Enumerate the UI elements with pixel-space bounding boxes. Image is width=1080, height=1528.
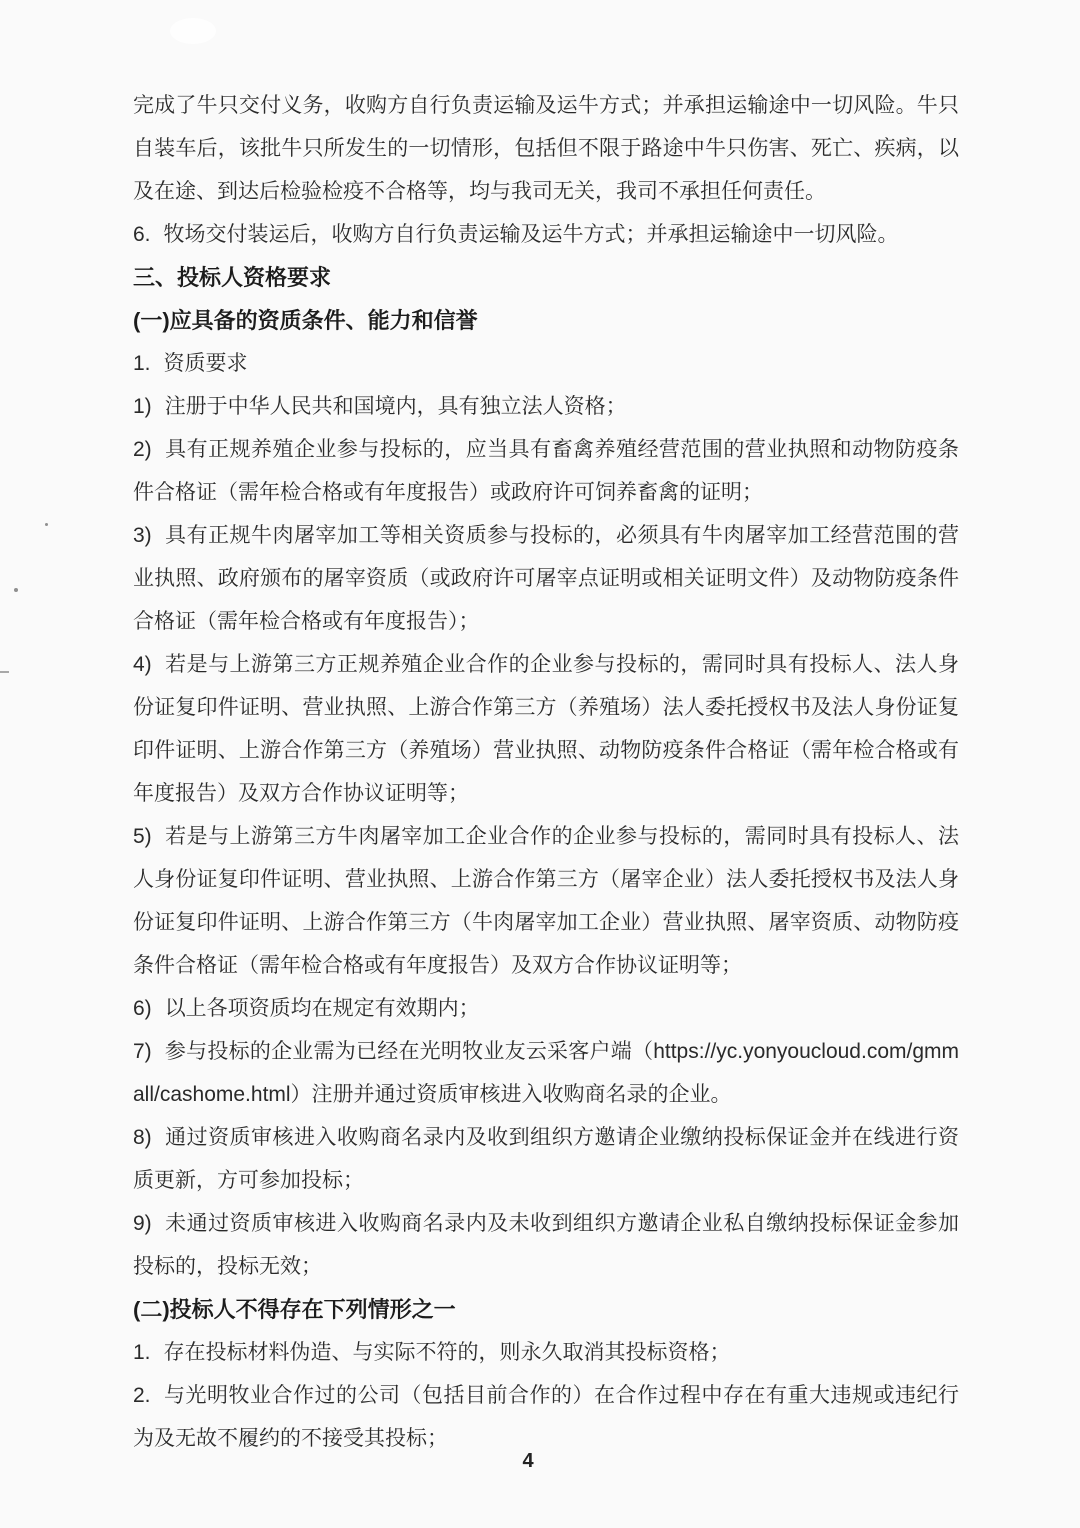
page-number: 4 [0,1450,1056,1473]
document-body: 完成了牛只交付义务，收购方自行负责运输及运牛方式；并承担运输途中一切风险。牛只自… [133,84,959,1460]
paragraph-text: 具有正规养殖企业参与投标的，应当具有畜禽养殖经营范围的营业执照和动物防疫条件合格… [133,438,959,504]
heading-text: 投标人资格要求 [177,265,331,290]
list-item-4-upstream-breeding-partner: 4)若是与上游第三方正规养殖企业合作的企业参与投标的，需同时具有投标人、法人身份… [133,643,959,815]
list-item-7-client-registration: 7)参与投标的企业需为已经在光明牧业友云采客户端（https://yc.yony… [133,1030,959,1116]
paragraph-text: 牧场交付装运后，收购方自行负责运输及运牛方式；并承担运输途中一切风险。 [164,223,899,246]
list-item-6-farm-delivery: 6.牧场交付装运后，收购方自行负责运输及运牛方式；并承担运输途中一切风险。 [133,213,959,256]
paragraph-text: 若是与上游第三方正规养殖企业合作的企业参与投标的，需同时具有投标人、法人身份证复… [133,653,959,805]
list-item-1-registered-entity: 1)注册于中华人民共和国境内，具有独立法人资格； [133,385,959,428]
list-number: 3) [133,524,152,547]
list-item-5-upstream-slaughter-partner: 5)若是与上游第三方牛肉屠宰加工企业合作的企业参与投标的，需同时具有投标人、法人… [133,815,959,987]
list-item-1-qualification-requirements: 1.资质要求 [133,342,959,385]
list-item-3-slaughter-processing: 3)具有正规牛肉屠宰加工等相关资质参与投标的，必须具有牛肉屠宰加工经营范围的营业… [133,514,959,643]
list-number: 1) [133,395,152,418]
list-number: 6) [133,997,152,1020]
heading-subsection-required-qualifications: (一)应具备的资质条件、能力和信誉 [133,299,959,342]
paragraph-text: 以上各项资质均在规定有效期内； [165,997,480,1020]
list-item-8-deposit-and-update: 8)通过资质审核进入收购商名录内及收到组织方邀请企业缴纳投标保证金并在线进行资质… [133,1116,959,1202]
list-number: 8) [133,1126,152,1149]
paragraph-text: 参与投标的企业需为已经在光明牧业友云采客户端（https://yc.yonyou… [133,1040,959,1106]
paragraph-text: 未通过资质审核进入收购商名录内及未收到组织方邀请企业私自缴纳投标保证金参加投标的… [133,1212,959,1278]
section-number: 三、 [133,265,177,290]
heading-text: 投标人不得存在下列情形之一 [170,1297,456,1322]
paragraph-text: 若是与上游第三方牛肉屠宰加工企业合作的企业参与投标的，需同时具有投标人、法人身份… [133,825,959,977]
paragraph-transport-risk-continuation: 完成了牛只交付义务，收购方自行负责运输及运牛方式；并承担运输途中一切风险。牛只自… [133,84,959,213]
paragraph-text: 完成了牛只交付义务，收购方自行负责运输及运牛方式；并承担运输途中一切风险。牛只自… [133,94,959,203]
list-item-2-breeding-enterprise: 2)具有正规养殖企业参与投标的，应当具有畜禽养殖经营范围的营业执照和动物防疫条件… [133,428,959,514]
list-number: 4) [133,653,152,676]
list-number: 2. [133,1384,151,1407]
heading-section-bidder-qualification: 三、投标人资格要求 [133,256,959,299]
list-number: 5) [133,825,152,848]
scan-speck [0,671,9,673]
subsection-number: (一) [133,308,170,333]
list-number: 9) [133,1212,152,1235]
list-number: 2) [133,438,152,461]
heading-subsection-prohibited-situations: (二)投标人不得存在下列情形之一 [133,1288,959,1331]
scan-speck [45,523,48,526]
list-number: 1. [133,352,151,375]
list-number: 7) [133,1040,152,1063]
list-item-9-invalid-bid: 9)未通过资质审核进入收购商名录内及未收到组织方邀请企业私自缴纳投标保证金参加投… [133,1202,959,1288]
paragraph-text: 资质要求 [164,352,248,375]
paragraph-text: 与光明牧业合作过的公司（包括目前合作的）在合作过程中存在有重大违规或违纪行为及无… [133,1384,959,1450]
paragraph-text: 注册于中华人民共和国境内，具有独立法人资格； [165,395,627,418]
scan-speck [14,588,18,592]
scanned-document-page: 完成了牛只交付义务，收购方自行负责运输及运牛方式；并承担运输途中一切风险。牛只自… [0,0,1080,1528]
list-number: 1. [133,1341,151,1364]
list-item-2-past-violations: 2.与光明牧业合作过的公司（包括目前合作的）在合作过程中存在有重大违规或违纪行为… [133,1374,959,1460]
subsection-number: (二) [133,1297,170,1322]
list-number: 6. [133,223,151,246]
list-item-6-validity-period: 6)以上各项资质均在规定有效期内； [133,987,959,1030]
scan-smudge [170,18,216,44]
paragraph-text: 存在投标材料伪造、与实际不符的，则永久取消其投标资格； [164,1341,731,1364]
paragraph-text: 通过资质审核进入收购商名录内及收到组织方邀请企业缴纳投标保证金并在线进行资质更新… [133,1126,959,1192]
heading-text: 应具备的资质条件、能力和信誉 [170,308,478,333]
paragraph-text: 具有正规牛肉屠宰加工等相关资质参与投标的，必须具有牛肉屠宰加工经营范围的营业执照… [133,524,959,633]
list-item-1-forged-materials: 1.存在投标材料伪造、与实际不符的，则永久取消其投标资格； [133,1331,959,1374]
